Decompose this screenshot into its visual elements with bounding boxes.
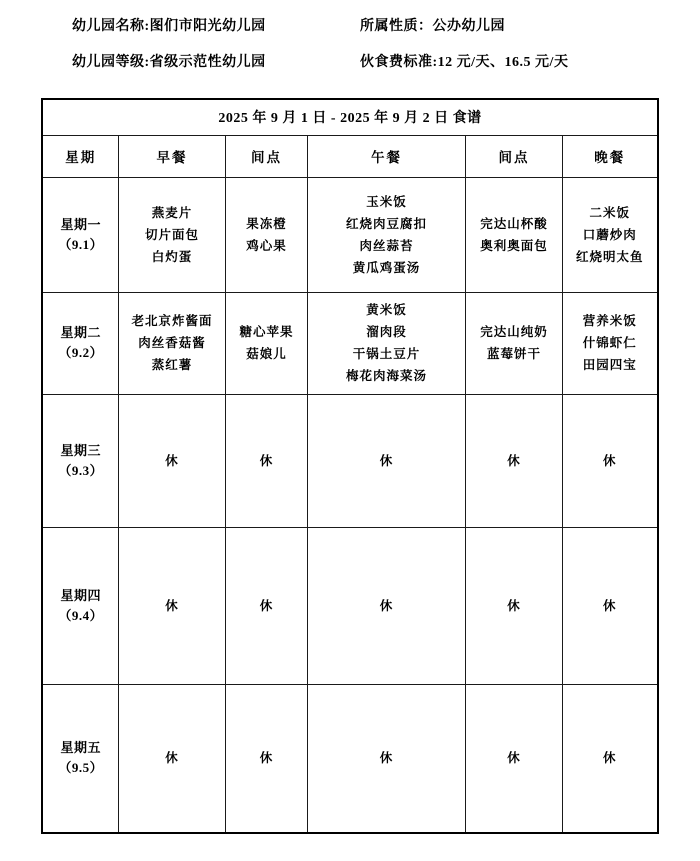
meal-item: 溜肉段 (308, 321, 465, 343)
menu-row: 星期三（9.3）休休休休休 (42, 394, 657, 527)
info-row-2: 幼儿园等级:省级示范性幼儿园 伙食费标准:12 元/天、16.5 元/天 (72, 51, 700, 73)
meal-item: 休 (226, 595, 307, 617)
meal-cell: 休 (225, 394, 307, 527)
meal-item: 休 (563, 595, 657, 617)
kindergarten-grade-label: 幼儿园等级: (72, 55, 150, 70)
meal-item: 休 (308, 595, 465, 617)
meal-item: 完达山纯奶 (466, 321, 562, 343)
meal-fee-value: 12 元/天、16.5 元/天 (438, 55, 569, 70)
meal-item: 蒸红薯 (119, 354, 225, 376)
column-header-snack-pm: 间点 (465, 135, 562, 177)
meal-item: 红烧肉豆腐扣 (308, 213, 465, 235)
meal-item: 红烧明太鱼 (563, 246, 657, 268)
meal-cell: 完达山杯酸奥利奥面包 (465, 177, 562, 292)
menu-row: 星期四（9.4）休休休休休 (42, 527, 657, 684)
info-row-1: 幼儿园名称:图们市阳光幼儿园 所属性质：公办幼儿园 (72, 15, 700, 37)
day-label: 星期二 (43, 323, 118, 343)
table-title: 2025 年 9 月 1 日 - 2025 年 9 月 2 日 食谱 (42, 99, 657, 135)
day-cell: 星期一（9.1） (42, 177, 118, 292)
day-date: （9.4） (43, 606, 118, 626)
meal-cell: 休 (225, 684, 307, 833)
day-date: （9.5） (43, 758, 118, 778)
meal-item: 肉丝香菇酱 (119, 332, 225, 354)
day-cell: 星期二（9.2） (42, 292, 118, 394)
meal-item: 蓝莓饼干 (466, 343, 562, 365)
meal-cell: 糖心苹果菇娘儿 (225, 292, 307, 394)
meal-cell: 营养米饭什锦虾仁田园四宝 (562, 292, 657, 394)
menu-row: 星期二（9.2）老北京炸酱面肉丝香菇酱蒸红薯糖心苹果菇娘儿黄米饭溜肉段干锅土豆片… (42, 292, 657, 394)
meal-cell: 休 (562, 527, 657, 684)
meal-item: 黄米饭 (308, 299, 465, 321)
meal-item: 营养米饭 (563, 310, 657, 332)
meal-item: 老北京炸酱面 (119, 310, 225, 332)
meal-item: 玉米饭 (308, 191, 465, 213)
meal-fee: 伙食费标准:12 元/天、16.5 元/天 (360, 51, 568, 73)
meal-item: 休 (119, 747, 225, 769)
meal-item: 休 (119, 450, 225, 472)
meal-cell: 玉米饭红烧肉豆腐扣肉丝蒜苔黄瓜鸡蛋汤 (307, 177, 465, 292)
meal-item: 二米饭 (563, 202, 657, 224)
day-cell: 星期五（9.5） (42, 684, 118, 833)
meal-item: 切片面包 (119, 224, 225, 246)
day-date: （9.3） (43, 461, 118, 481)
meal-item: 休 (308, 747, 465, 769)
meal-cell: 黄米饭溜肉段干锅土豆片梅花肉海菜汤 (307, 292, 465, 394)
meal-item: 肉丝蒜苔 (308, 235, 465, 257)
day-date: （9.1） (43, 235, 118, 255)
meal-cell: 老北京炸酱面肉丝香菇酱蒸红薯 (118, 292, 225, 394)
day-cell: 星期三（9.3） (42, 394, 118, 527)
meal-item: 休 (563, 450, 657, 472)
meal-fee-label: 伙食费标准: (360, 55, 438, 70)
meal-cell: 休 (225, 527, 307, 684)
day-label: 星期一 (43, 215, 118, 235)
meal-cell: 燕麦片切片面包白灼蛋 (118, 177, 225, 292)
meal-item: 休 (466, 747, 562, 769)
meal-item: 休 (119, 595, 225, 617)
column-header-week: 星期 (42, 135, 118, 177)
kindergarten-grade-value: 省级示范性幼儿园 (150, 55, 266, 70)
meal-item: 菇娘儿 (226, 343, 307, 365)
column-header-lunch: 午餐 (307, 135, 465, 177)
meal-item: 白灼蛋 (119, 246, 225, 268)
meal-item: 黄瓜鸡蛋汤 (308, 257, 465, 279)
menu-table-body: 星期一（9.1）燕麦片切片面包白灼蛋果冻橙鸡心果玉米饭红烧肉豆腐扣肉丝蒜苔黄瓜鸡… (42, 177, 657, 833)
meal-item: 果冻橙 (226, 213, 307, 235)
meal-cell: 休 (118, 684, 225, 833)
day-label: 星期五 (43, 738, 118, 758)
meal-item: 休 (226, 747, 307, 769)
kindergarten-grade: 幼儿园等级:省级示范性幼儿园 (72, 51, 360, 73)
day-label: 星期四 (43, 586, 118, 606)
meal-cell: 二米饭口蘑炒肉红烧明太鱼 (562, 177, 657, 292)
meal-cell: 果冻橙鸡心果 (225, 177, 307, 292)
meal-cell: 休 (307, 527, 465, 684)
meal-cell: 休 (465, 394, 562, 527)
menu-table: 2025 年 9 月 1 日 - 2025 年 9 月 2 日 食谱 星期 早餐… (41, 98, 658, 834)
meal-item: 田园四宝 (563, 354, 657, 376)
meal-cell: 完达山纯奶蓝莓饼干 (465, 292, 562, 394)
column-header-snack-am: 间点 (225, 135, 307, 177)
kindergarten-name: 幼儿园名称:图们市阳光幼儿园 (72, 15, 360, 37)
kindergarten-name-label: 幼儿园名称: (72, 19, 150, 34)
meal-cell: 休 (118, 527, 225, 684)
day-label: 星期三 (43, 441, 118, 461)
column-header-dinner: 晚餐 (562, 135, 657, 177)
meal-item: 口蘑炒肉 (563, 224, 657, 246)
meal-cell: 休 (118, 394, 225, 527)
header-row: 星期 早餐 间点 午餐 间点 晚餐 (42, 135, 657, 177)
meal-cell: 休 (465, 527, 562, 684)
menu-row: 星期五（9.5）休休休休休 (42, 684, 657, 833)
kindergarten-nature: 所属性质：公办幼儿园 (360, 15, 505, 37)
meal-item: 燕麦片 (119, 202, 225, 224)
meal-item: 休 (563, 747, 657, 769)
meal-item: 休 (466, 450, 562, 472)
kindergarten-nature-value: 公办幼儿园 (433, 19, 506, 34)
meal-item: 干锅土豆片 (308, 343, 465, 365)
kindergarten-name-value: 图们市阳光幼儿园 (150, 19, 266, 34)
meal-cell: 休 (307, 394, 465, 527)
column-header-breakfast: 早餐 (118, 135, 225, 177)
day-cell: 星期四（9.4） (42, 527, 118, 684)
meal-item: 什锦虾仁 (563, 332, 657, 354)
title-row: 2025 年 9 月 1 日 - 2025 年 9 月 2 日 食谱 (42, 99, 657, 135)
meal-item: 休 (308, 450, 465, 472)
kindergarten-nature-label: 所属性质： (360, 19, 433, 34)
meal-item: 休 (466, 595, 562, 617)
meal-item: 完达山杯酸 (466, 213, 562, 235)
meal-item: 梅花肉海菜汤 (308, 365, 465, 387)
meal-cell: 休 (307, 684, 465, 833)
meal-item: 休 (226, 450, 307, 472)
meal-cell: 休 (562, 684, 657, 833)
meal-item: 奥利奥面包 (466, 235, 562, 257)
meal-item: 鸡心果 (226, 235, 307, 257)
day-date: （9.2） (43, 343, 118, 363)
menu-row: 星期一（9.1）燕麦片切片面包白灼蛋果冻橙鸡心果玉米饭红烧肉豆腐扣肉丝蒜苔黄瓜鸡… (42, 177, 657, 292)
kindergarten-info: 幼儿园名称:图们市阳光幼儿园 所属性质：公办幼儿园 幼儿园等级:省级示范性幼儿园… (0, 0, 700, 73)
meal-cell: 休 (465, 684, 562, 833)
meal-item: 糖心苹果 (226, 321, 307, 343)
meal-cell: 休 (562, 394, 657, 527)
